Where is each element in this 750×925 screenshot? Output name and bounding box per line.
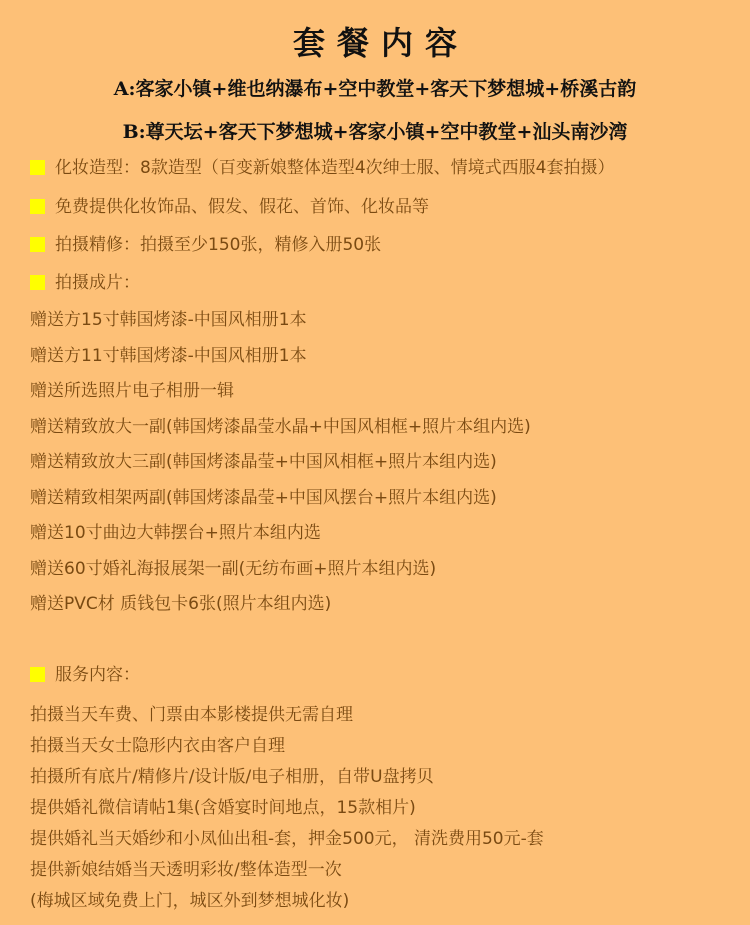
service-item: (梅城区域免费上门，城区外到梦想城化妆) <box>30 890 349 912</box>
highlight-item: 免费提供化妆饰品、假发、假花、首饰、化妆品等 <box>30 196 429 218</box>
yellow-square-bullet-icon <box>30 160 45 175</box>
route-a: A:客家小镇+维也纳瀑布+空中教堂+客天下梦想城+桥溪古韵 <box>0 74 750 101</box>
product-item: 赠送PVC材 质钱包卡6张(照片本组内选) <box>30 593 331 615</box>
product-item: 赠送方11寸韩国烤漆-中国风相册1本 <box>30 345 307 367</box>
route-b: B:尊天坛+客天下梦想城+客家小镇+空中教堂+汕头南沙湾 <box>0 117 750 144</box>
product-item: 赠送方15寸韩国烤漆-中国风相册1本 <box>30 309 307 331</box>
service-heading: 服务内容： <box>30 664 140 686</box>
service-item: 拍摄所有底片/精修片/设计版/电子相册，自带U盘拷贝 <box>30 766 434 788</box>
yellow-square-bullet-icon <box>30 667 45 682</box>
service-item: 提供婚礼当天婚纱和小凤仙出租-套，押金500元， 清洗费用50元-套 <box>30 828 544 850</box>
service-item: 提供婚礼微信请帖1集(含婚宴时间地点，15款相片) <box>30 797 416 819</box>
yellow-square-bullet-icon <box>30 199 45 214</box>
highlight-item: 化妆造型：8款造型（百变新娘整体造型4次绅士服、情境式西服4套拍摄） <box>30 157 614 179</box>
product-item: 赠送精致放大一副(韩国烤漆晶莹水晶+中国风相框+照片本组内选) <box>30 416 531 438</box>
service-item: 拍摄当天女士隐形内衣由客户自理 <box>30 735 285 757</box>
highlight-item: 拍摄成片： <box>30 272 140 294</box>
yellow-square-bullet-icon <box>30 275 45 290</box>
yellow-square-bullet-icon <box>30 237 45 252</box>
product-item: 赠送所选照片电子相册一辑 <box>30 380 234 402</box>
product-item: 赠送精致放大三副(韩国烤漆晶莹+中国风相框+照片本组内选) <box>30 451 497 473</box>
highlight-item: 拍摄精修：拍摄至少150张，精修入册50张 <box>30 234 381 256</box>
product-item: 赠送10寸曲边大韩摆台+照片本组内选 <box>30 522 321 544</box>
product-item: 赠送60寸婚礼海报展架一副(无纺布画+照片本组内选) <box>30 558 436 580</box>
service-item: 提供新娘结婚当天透明彩妆/整体造型一次 <box>30 859 342 881</box>
service-item: 拍摄当天车费、门票由本影楼提供无需自理 <box>30 704 353 726</box>
page-title: 套餐内容 <box>0 18 750 64</box>
product-item: 赠送精致相架两副(韩国烤漆晶莹+中国风摆台+照片本组内选) <box>30 487 497 509</box>
